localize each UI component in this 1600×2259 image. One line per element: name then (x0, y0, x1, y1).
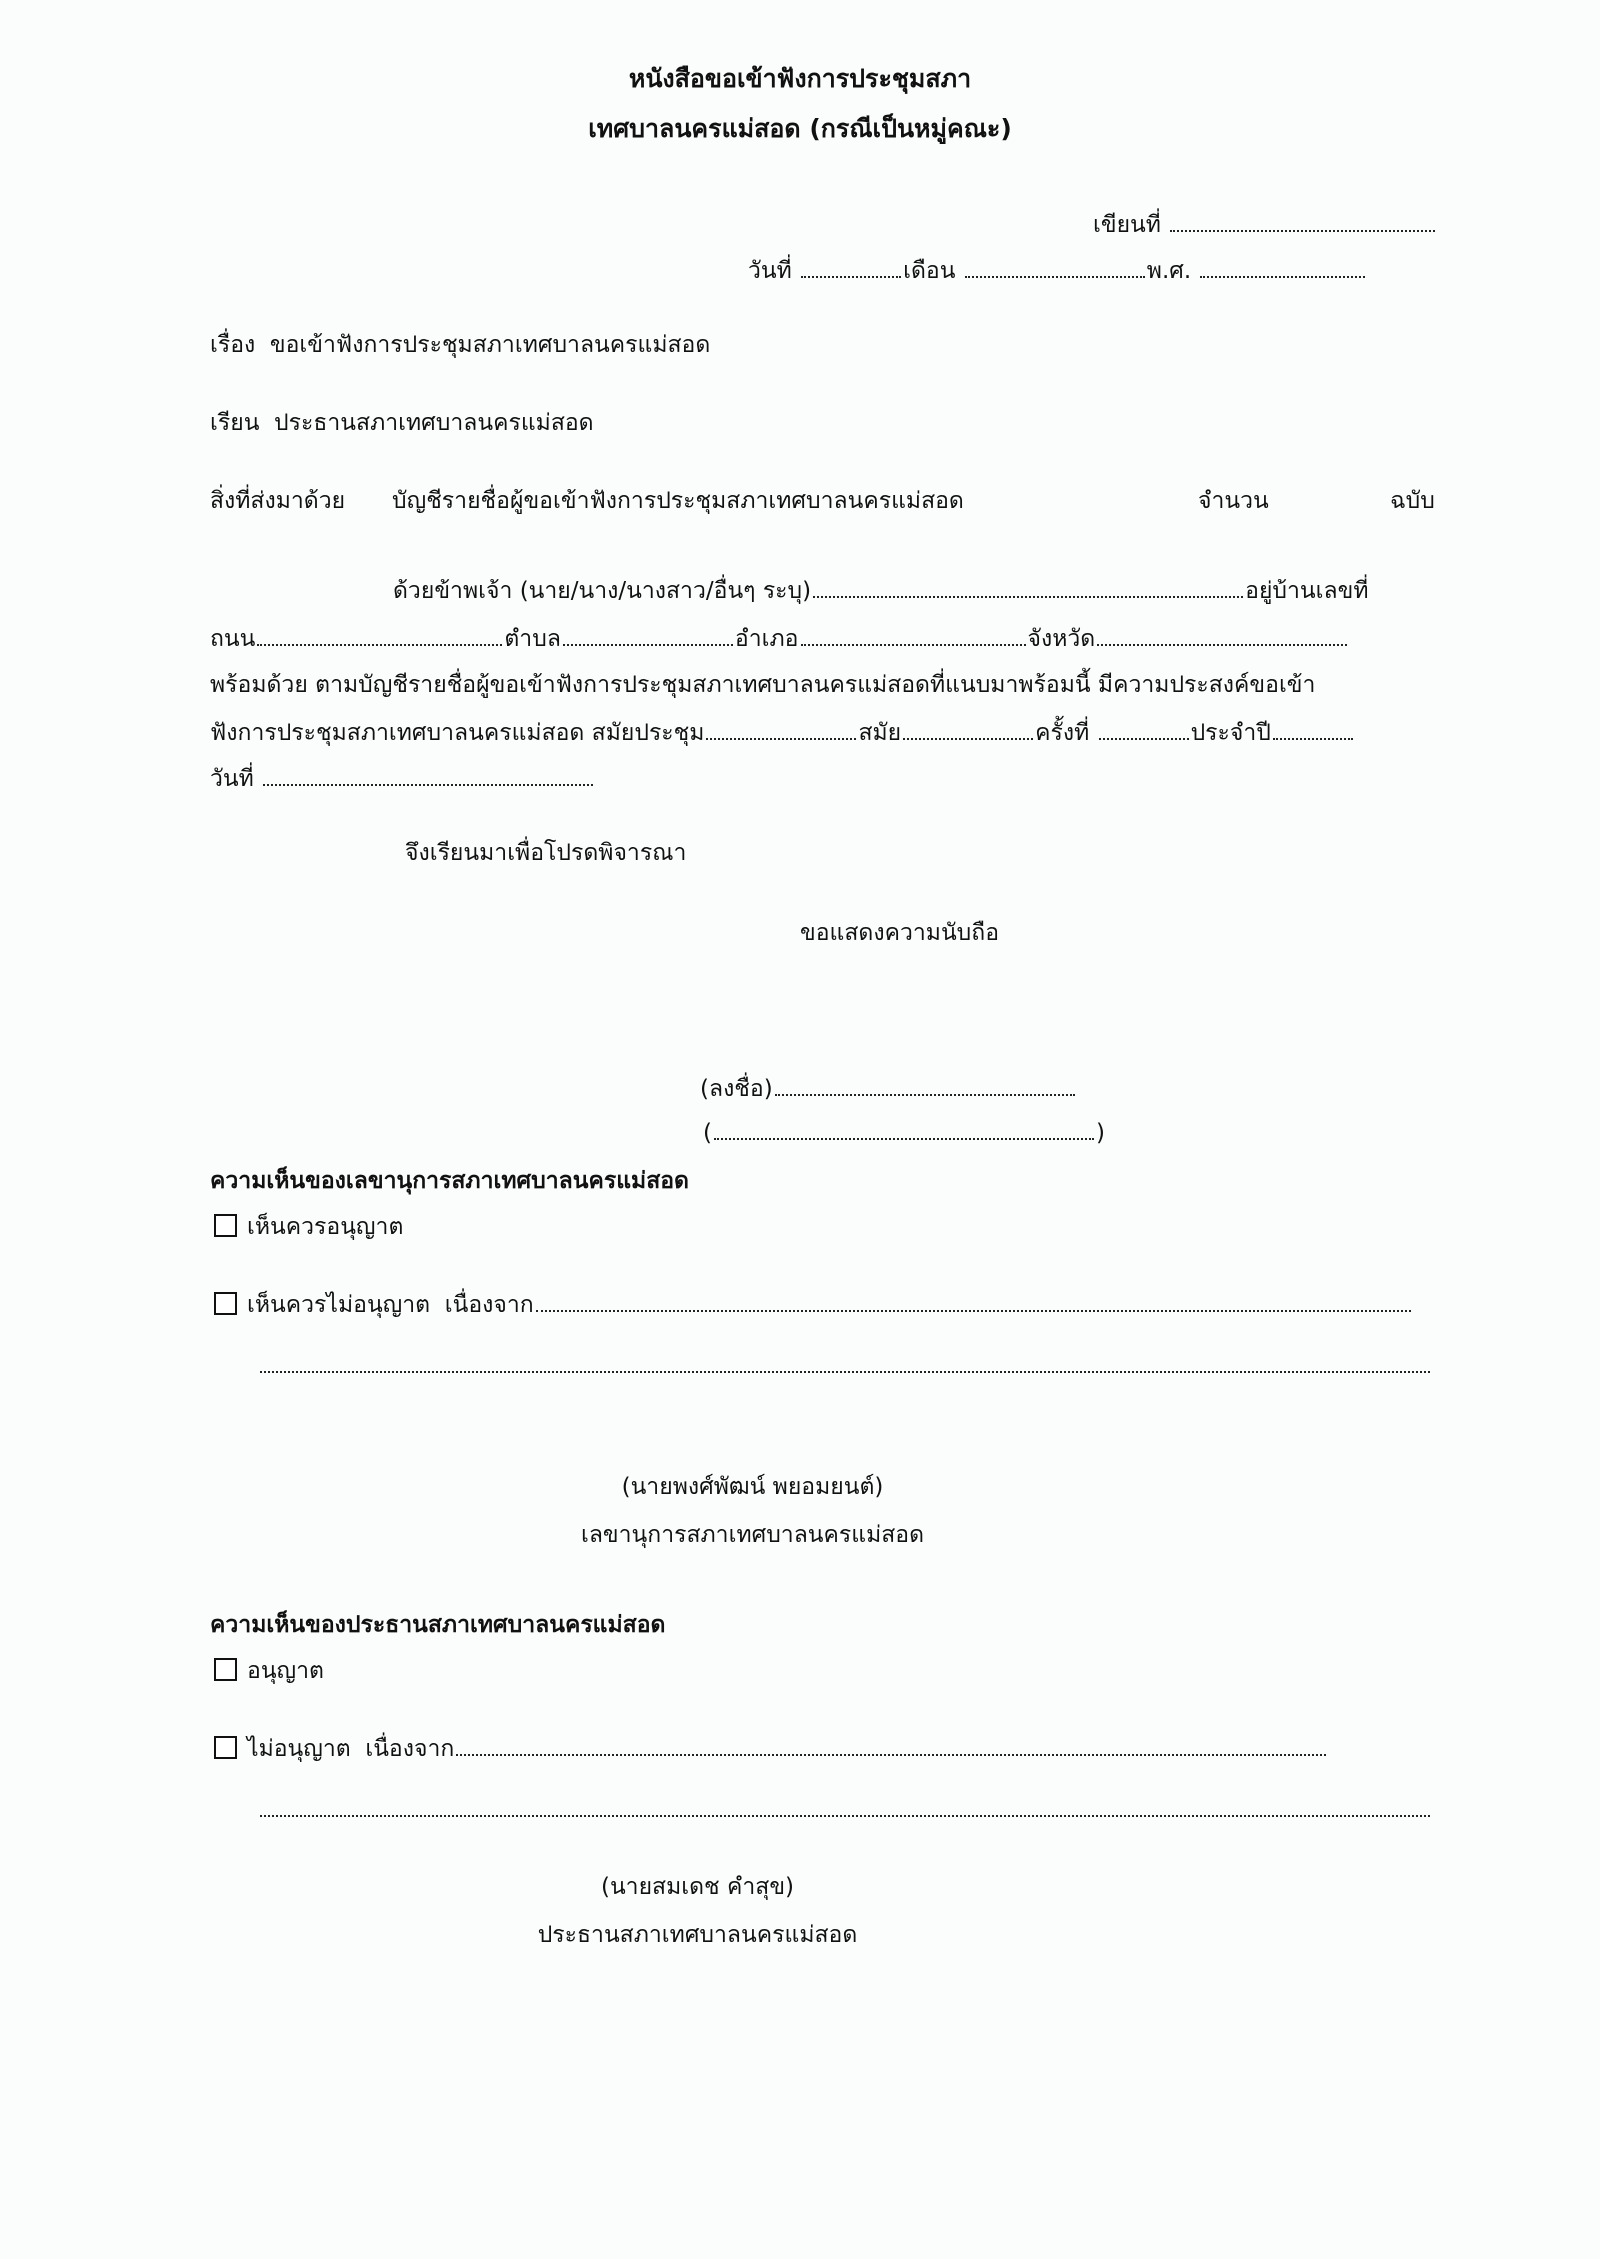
chairman-reason-label: เนื่องจาก (365, 1736, 454, 1762)
meeting-no-label: ครั้งที่ (1035, 720, 1089, 746)
year-label: พ.ศ. (1147, 258, 1191, 284)
written-at-label: เขียนที่ (1093, 212, 1161, 238)
to-row: เรียน ประธานสภาเทศบาลนครแม่สอด (210, 408, 594, 438)
district-field[interactable] (801, 644, 1026, 646)
province-field[interactable] (1097, 644, 1347, 646)
session-label: สมัย (858, 720, 901, 746)
day-label: วันที่ (748, 258, 792, 284)
province-label: จังหวัด (1028, 626, 1096, 652)
secretary-approve-option[interactable]: เห็นควรอนุญาต (214, 1212, 403, 1242)
chairman-approve-label: อนุญาต (247, 1658, 324, 1684)
signature-field[interactable] (775, 1094, 1075, 1096)
written-at-field[interactable] (1170, 230, 1435, 232)
secretary-reason-field[interactable] (536, 1310, 1411, 1312)
name-close-paren: ) (1096, 1120, 1105, 1146)
secretary-reject-option: เห็นควรไม่อนุญาต เนื่องจาก (214, 1290, 1413, 1320)
signature-row: (ลงชื่อ) (700, 1074, 1077, 1104)
meeting-session-field[interactable] (706, 738, 856, 740)
chairman-approve-option[interactable]: อนุญาต (214, 1656, 324, 1686)
month-field[interactable] (965, 276, 1145, 278)
month-label: เดือน (903, 258, 955, 284)
printed-name-field[interactable] (714, 1138, 1094, 1140)
chairman-heading: ความเห็นของประธานสภาเทศบาลนครแม่สอด (210, 1610, 665, 1640)
chairman-signer-title: ประธานสภาเทศบาลนครแม่สอด (0, 1920, 1395, 1950)
chairman-reason-field[interactable] (456, 1754, 1326, 1756)
secretary-heading: ความเห็นของเลขานุการสภาเทศบาลนครแม่สอด (210, 1166, 689, 1196)
chairman-reject-label: ไม่อนุญาต (247, 1736, 351, 1762)
session-row: ฟังการประชุมสภาเทศบาลนครแม่สอด สมัยประชุ… (210, 718, 1355, 748)
subject-label: เรื่อง (210, 332, 255, 358)
chairman-signer-name: (นายสมเดช คำสุข) (0, 1872, 1395, 1902)
secretary-reason-field-2[interactable] (260, 1371, 1430, 1373)
date-row: วันที่ เดือน พ.ศ. (748, 256, 1367, 286)
name-open-paren: ( (703, 1120, 712, 1146)
subdistrict-field[interactable] (563, 644, 733, 646)
closing-regards: ขอแสดงความนับถือ (800, 918, 999, 948)
secretary-reject-label: เห็นควรไม่อนุญาต (247, 1292, 430, 1318)
year-label: ประจำปี (1191, 720, 1271, 746)
day-field[interactable] (801, 276, 901, 278)
road-field[interactable] (257, 644, 502, 646)
sign-label: (ลงชื่อ) (700, 1076, 773, 1102)
meeting-date-label: วันที่ (210, 766, 254, 792)
paragraph-line3: พร้อมด้วย ตามบัญชีรายชื่อผู้ขอเข้าฟังการ… (210, 670, 1315, 700)
enclosure-count-label: จำนวน (1198, 486, 1269, 516)
closing-request: จึงเรียนมาเพื่อโปรดพิจารณา (405, 838, 686, 868)
meeting-year-field[interactable] (1273, 738, 1353, 740)
year-field[interactable] (1200, 276, 1365, 278)
road-label: ถนน (210, 626, 255, 652)
house-no-label: อยู่บ้านเลขที่ (1245, 578, 1368, 604)
paragraph-line4-prefix: ฟังการประชุมสภาเทศบาลนครแม่สอด สมัยประชุ… (210, 720, 704, 746)
secretary-signer-name: (นายพงศ์พัฒน์ พยอมยนต์) (0, 1472, 1505, 1502)
secretary-reason-label: เนื่องจาก (445, 1292, 534, 1318)
chairman-reason-line2 (258, 1802, 1432, 1821)
chairman-reject-option: ไม่อนุญาต เนื่องจาก (214, 1734, 1328, 1764)
subject-row: เรื่อง ขอเข้าฟังการประชุมสภาเทศบาลนครแม่… (210, 330, 710, 360)
document-title-line2: เทศบาลนครแม่สอด (กรณีเป็นหมู่คณะ) (0, 112, 1600, 146)
enclosure-text: บัญชีรายชื่อผู้ขอเข้าฟังการประชุมสภาเทศบ… (392, 486, 964, 516)
secretary-reject-checkbox[interactable] (214, 1292, 237, 1315)
chairman-reason-field-2[interactable] (260, 1815, 1430, 1817)
meeting-date-field[interactable] (263, 784, 593, 786)
chairman-approve-checkbox[interactable] (214, 1658, 237, 1681)
printed-name-row: () (703, 1118, 1105, 1148)
document-title-line1: หนังสือขอเข้าฟังการประชุมสภา (0, 62, 1600, 96)
enclosure-label: สิ่งที่ส่งมาด้วย (210, 486, 345, 516)
chairman-reject-checkbox[interactable] (214, 1736, 237, 1759)
meeting-date-row: วันที่ (210, 764, 595, 794)
to-text: ประธานสภาเทศบาลนครแม่สอด (274, 410, 594, 436)
written-at-row: เขียนที่ (1093, 210, 1437, 240)
subject-text: ขอเข้าฟังการประชุมสภาเทศบาลนครแม่สอด (270, 332, 710, 358)
secretary-approve-label: เห็นควรอนุญาต (247, 1214, 403, 1240)
applicant-row: ด้วยข้าพเจ้า (นาย/นาง/นางสาว/อื่นๆ ระบุ)… (393, 576, 1369, 606)
applicant-label: ด้วยข้าพเจ้า (นาย/นาง/นางสาว/อื่นๆ ระบุ) (393, 578, 811, 604)
address-row: ถนนตำบลอำเภอจังหวัด (210, 624, 1349, 654)
meeting-no-field[interactable] (1099, 738, 1189, 740)
secretary-signer-title: เลขานุการสภาเทศบาลนครแม่สอด (0, 1520, 1505, 1550)
subdistrict-label: ตำบล (504, 626, 561, 652)
session-field[interactable] (903, 738, 1033, 740)
secretary-approve-checkbox[interactable] (214, 1214, 237, 1237)
enclosure-unit-label: ฉบับ (1390, 486, 1435, 516)
to-label: เรียน (210, 410, 259, 436)
secretary-reason-line2 (258, 1358, 1432, 1377)
district-label: อำเภอ (735, 626, 799, 652)
applicant-name-field[interactable] (813, 596, 1243, 598)
